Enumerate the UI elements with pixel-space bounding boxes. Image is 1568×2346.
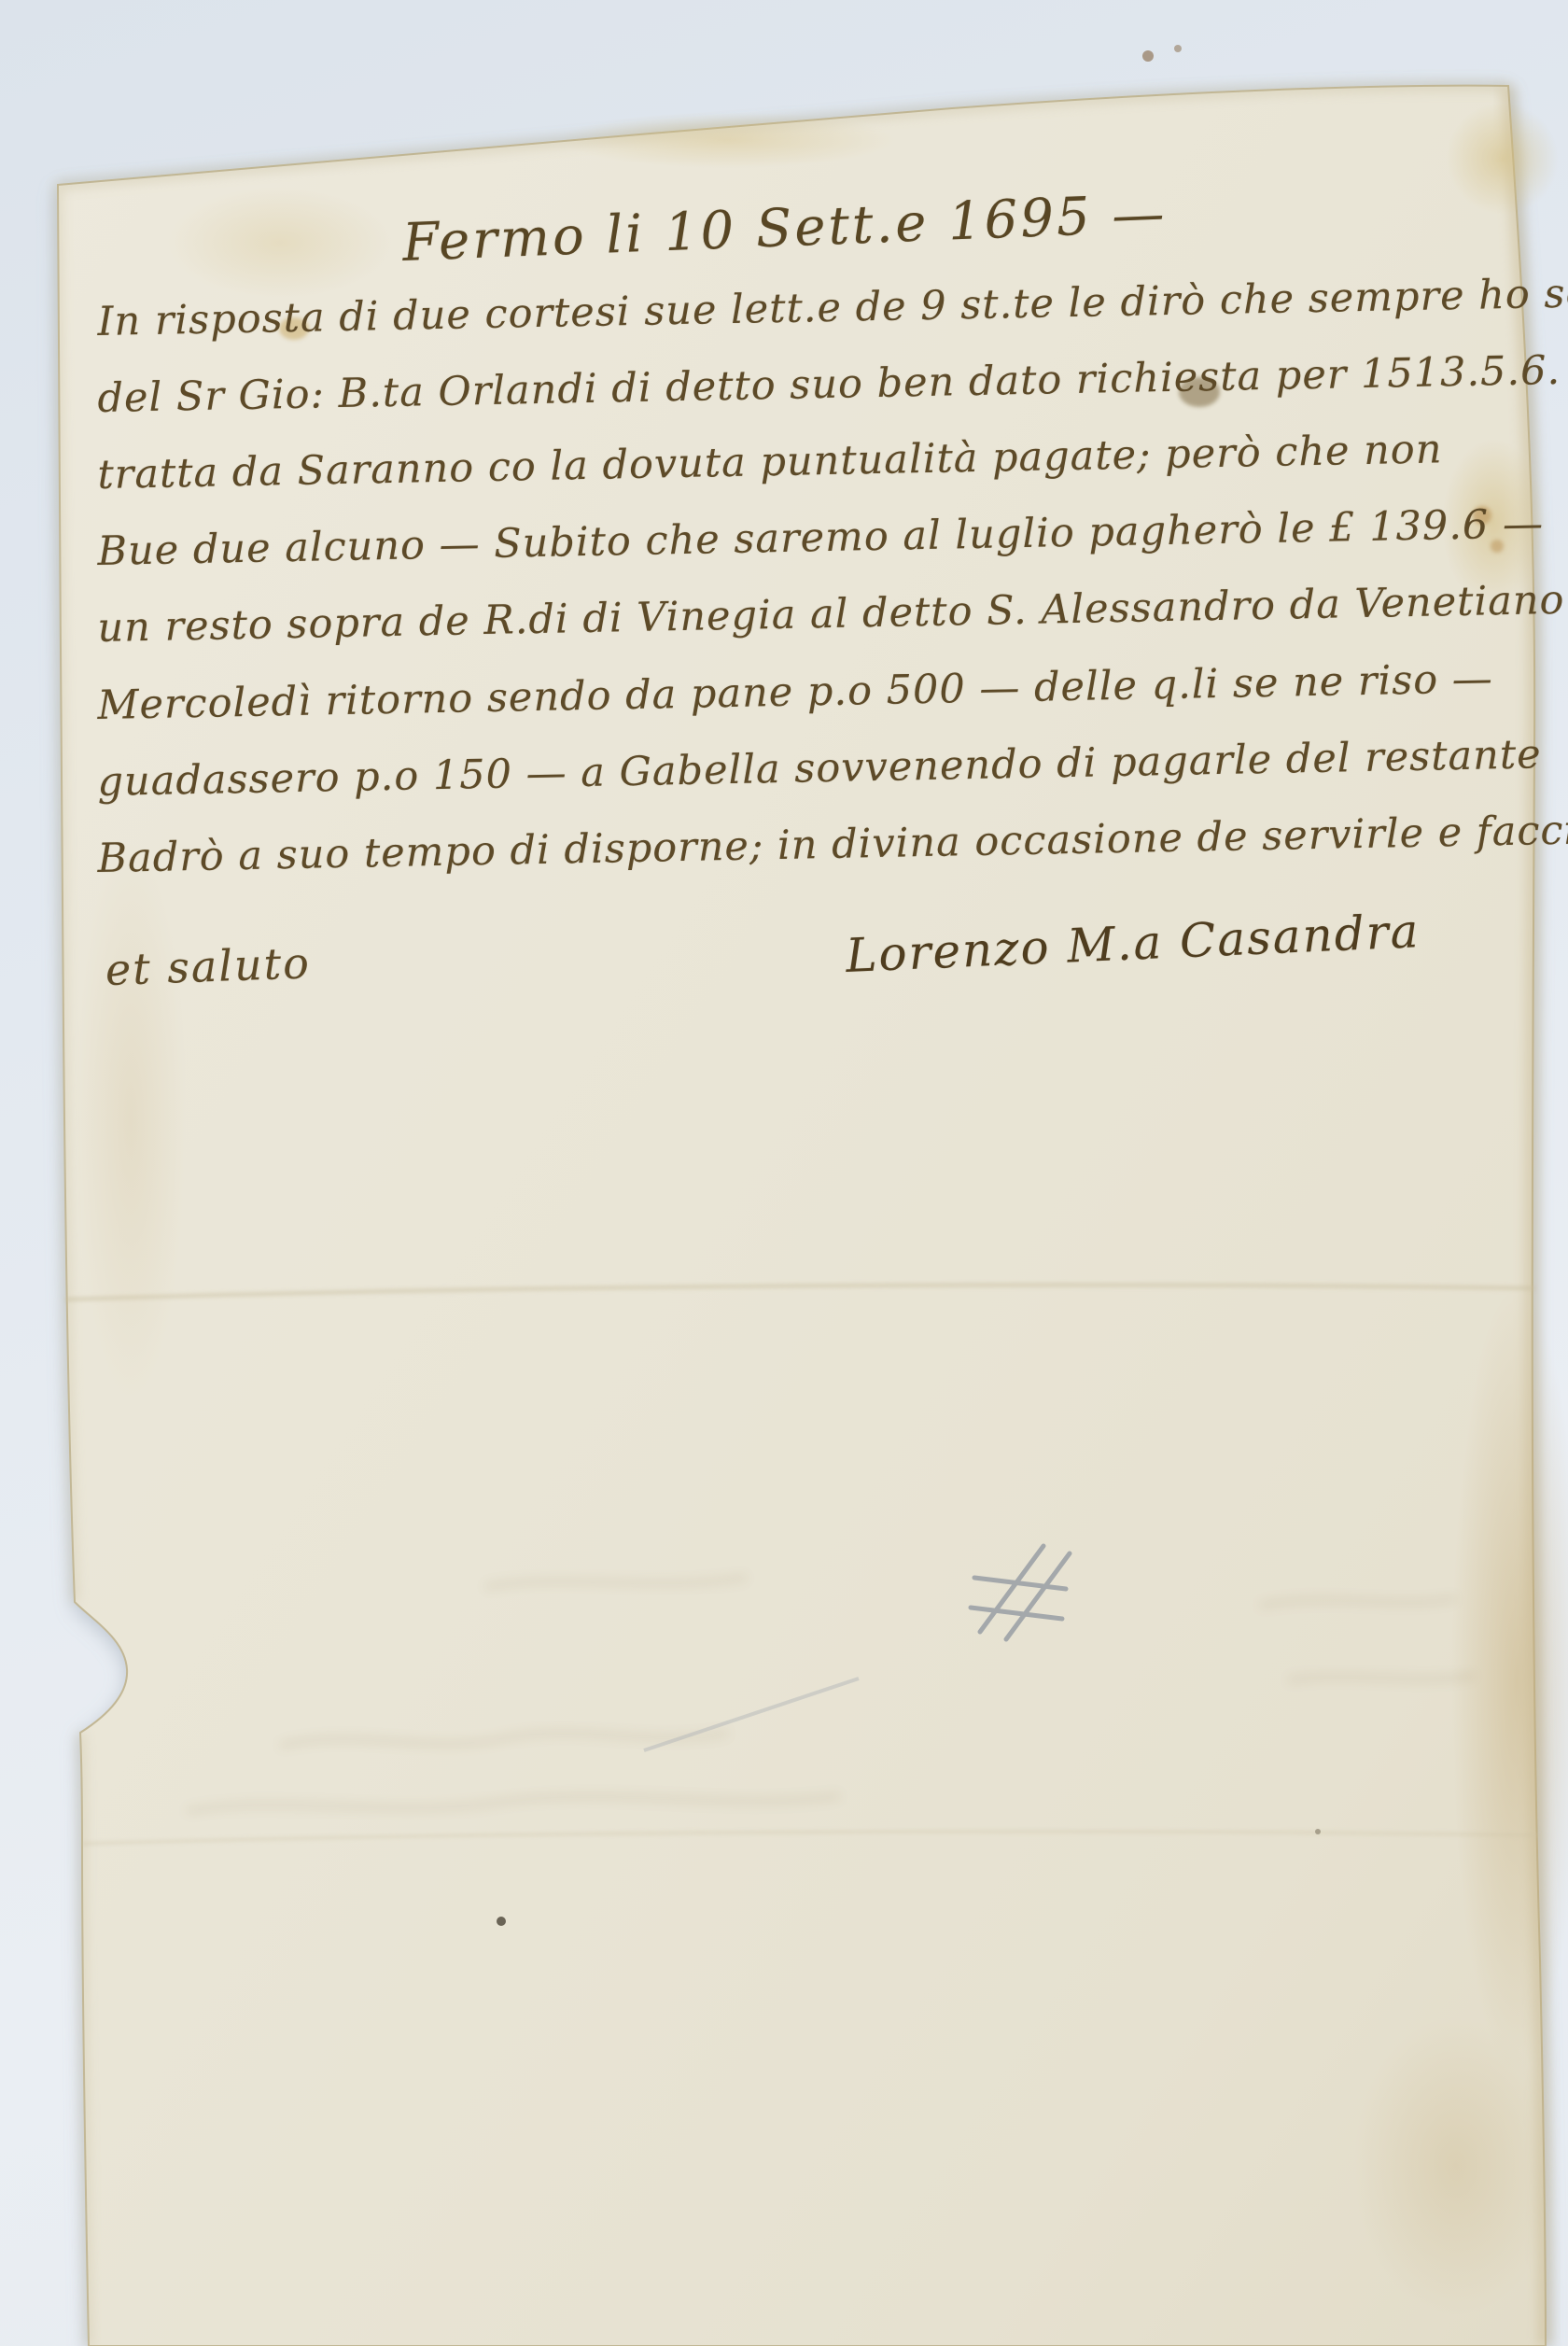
stain-dot-2	[1491, 540, 1504, 553]
stain-right-upper	[1442, 439, 1545, 607]
paper-sheet-shape	[58, 86, 1546, 2346]
manuscript-paper	[0, 0, 1568, 2346]
speck-3	[1142, 50, 1154, 62]
stain-ink-blot-line1	[279, 317, 309, 340]
stain-mid-left	[75, 840, 187, 1400]
scanned-manuscript-photo: Fermo li 10 Sett.e 1695 — In risposta di…	[0, 0, 1568, 2346]
stain-bottom-right	[1353, 2016, 1559, 2315]
stain-top-center	[560, 112, 896, 168]
stain-dot-1	[1473, 506, 1491, 525]
speck-1	[497, 1917, 506, 1926]
speck-4	[1174, 45, 1182, 52]
stain-line2-blob	[1179, 377, 1220, 407]
speck-2	[1315, 1829, 1321, 1834]
stain-top-left	[168, 187, 392, 299]
stain-top-right-corner	[1447, 103, 1559, 215]
